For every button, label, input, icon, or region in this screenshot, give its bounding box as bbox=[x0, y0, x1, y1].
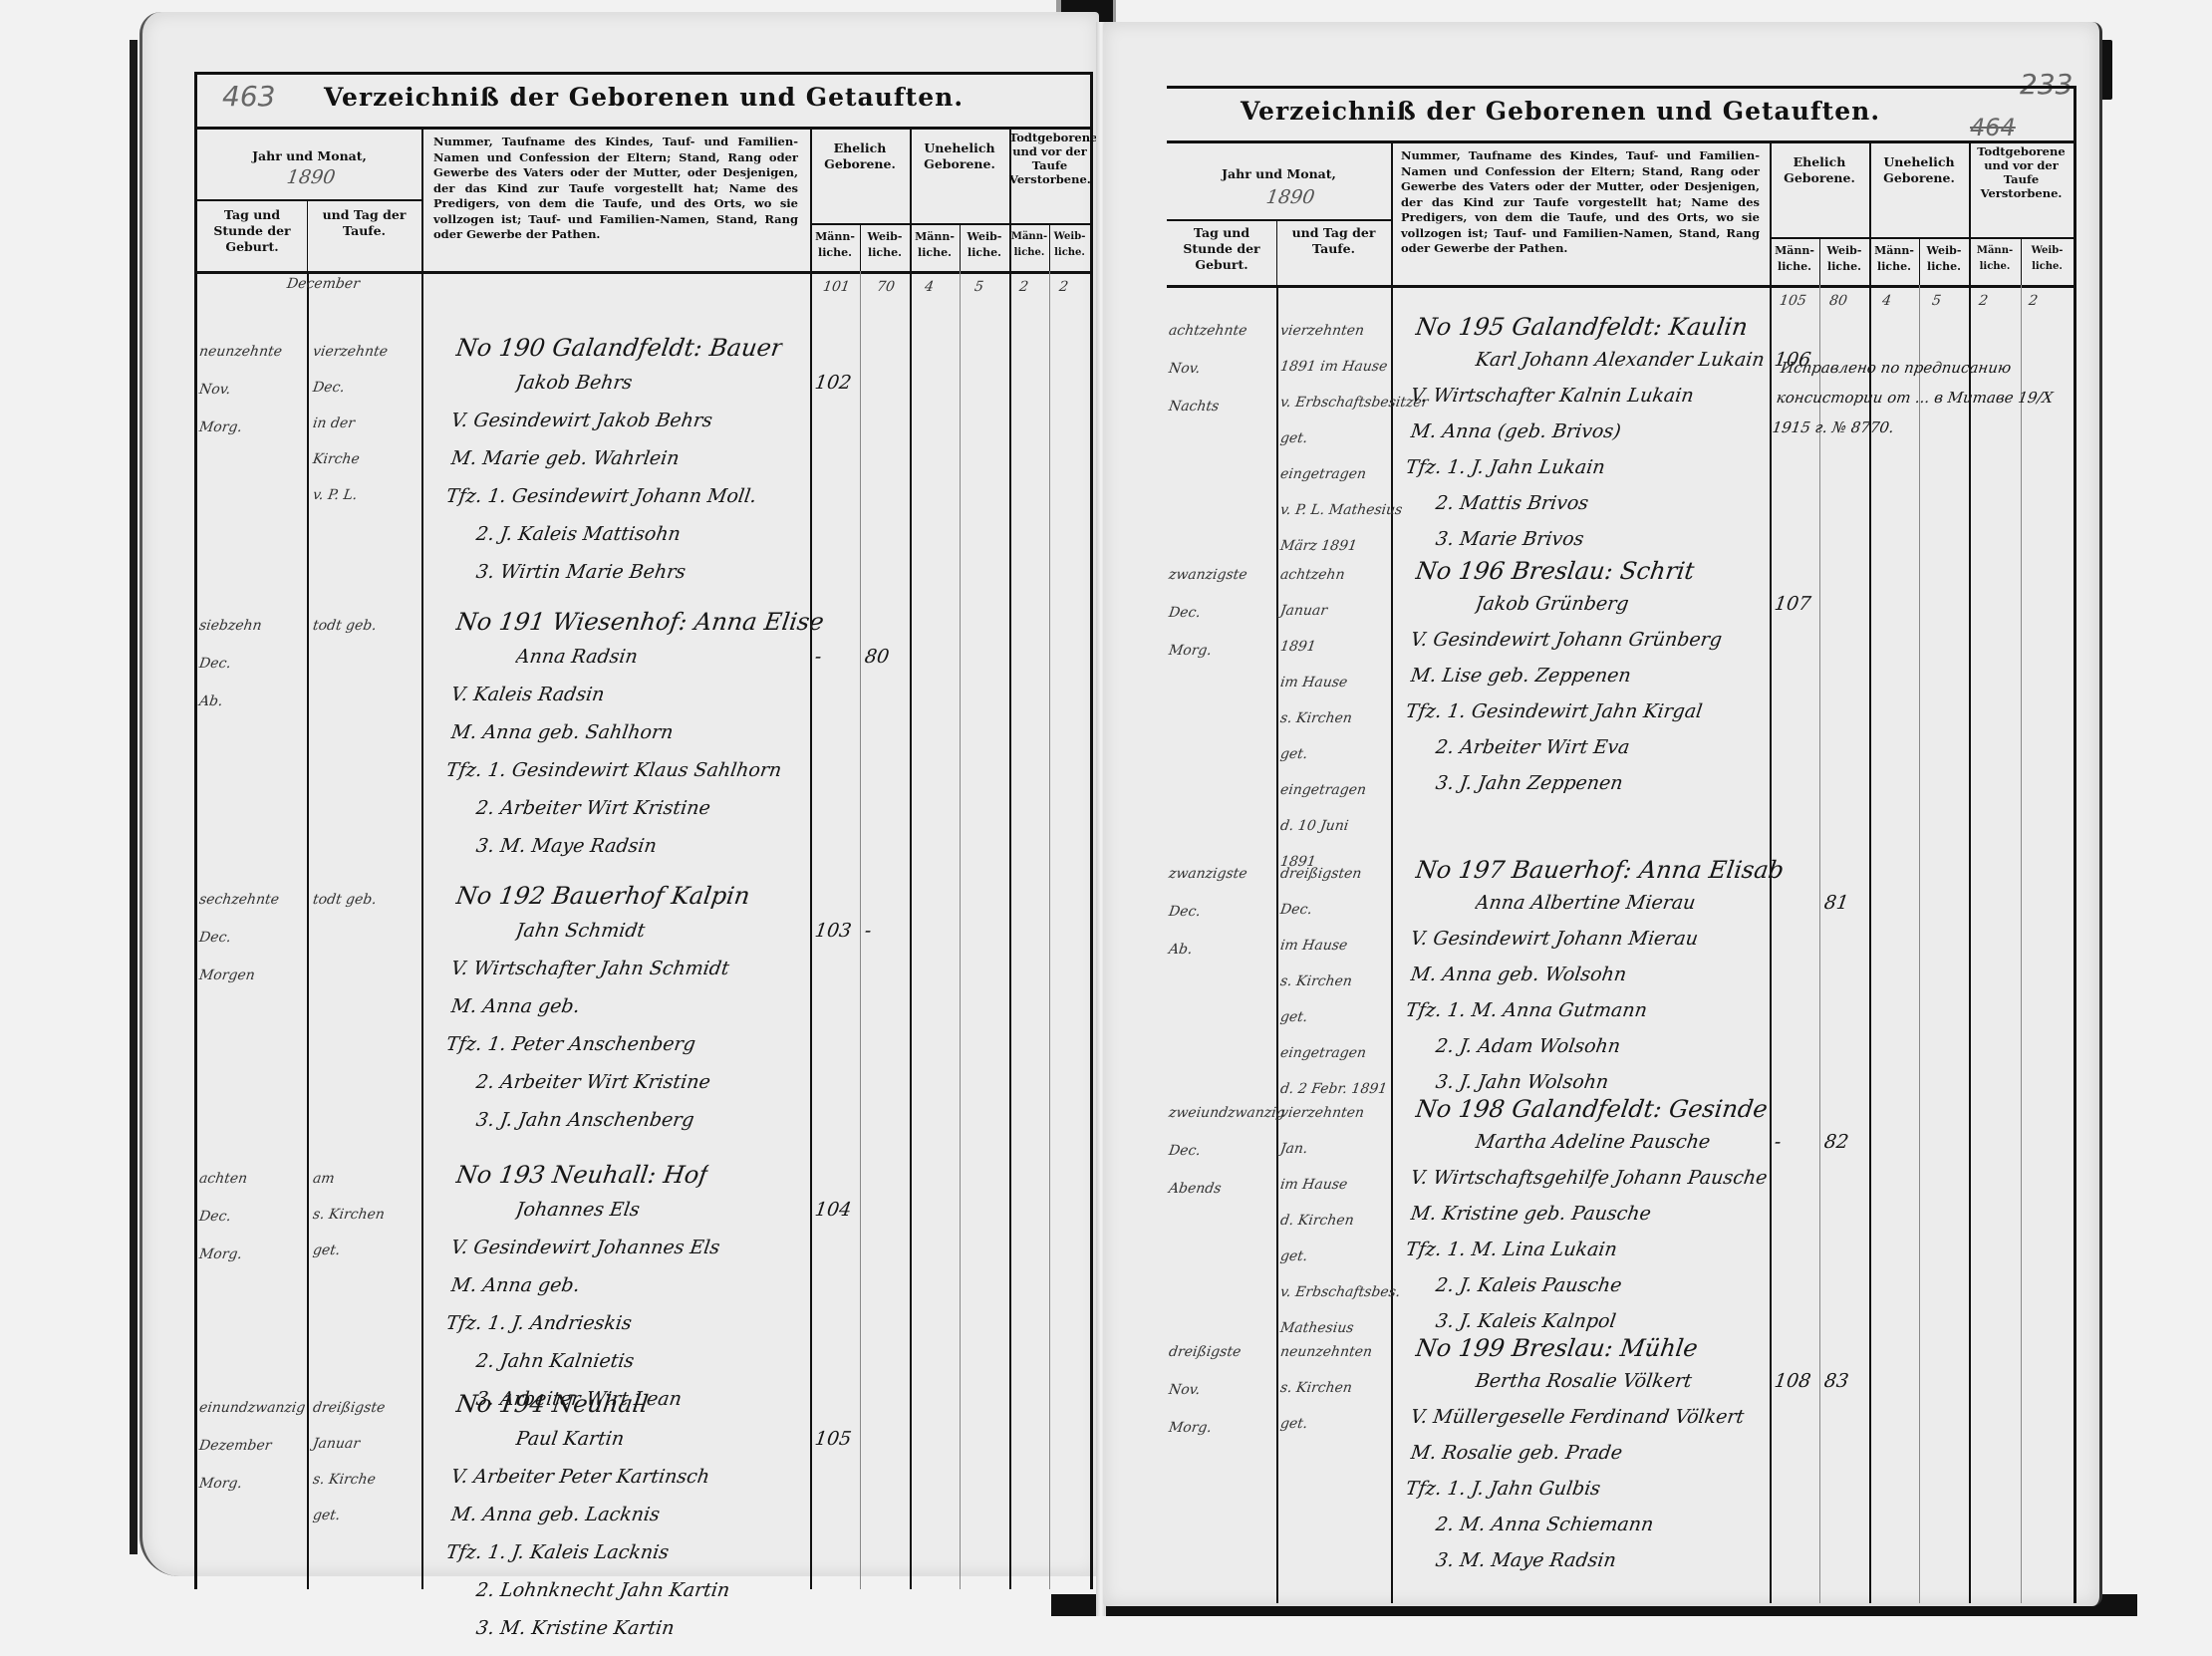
header-female: Weib-liche. bbox=[960, 225, 1009, 261]
right-page: 233 464 Verzeichniß der Geborenen und Ge… bbox=[1103, 22, 2102, 1606]
birth-date-line: siebzehn bbox=[198, 618, 263, 634]
header-birth-day-hour: Tag und Stunde der Geburt. bbox=[197, 201, 307, 255]
header-year-month: Jahr und Monat, bbox=[1167, 166, 1391, 182]
entry-number-line: No 191 Wiesenhof: Anna Elise bbox=[454, 608, 826, 636]
baptism-date-line: v. P. L. bbox=[312, 487, 359, 503]
birth-date-line: sechzehnte bbox=[198, 892, 280, 908]
header-legitimate: Ehelich Geborene. Männ-liche. Weib-liche… bbox=[1770, 140, 1871, 285]
baptism-date-line: im Hause bbox=[1279, 938, 1348, 954]
entry-detail-line: Tfz. 1. M. Anna Gutmann bbox=[1404, 999, 1648, 1021]
col-divider bbox=[307, 271, 309, 1589]
header-illegitimate: Unehelich Geborene. Männ-liche. Weib-lic… bbox=[1869, 140, 1971, 285]
header-female: Weib-liche. bbox=[860, 225, 910, 261]
baptism-date-line: Jan. bbox=[1279, 1141, 1309, 1157]
baptism-date-line: dreißigsten bbox=[1279, 866, 1363, 882]
header-female: Weib-liche. bbox=[1049, 225, 1090, 261]
birth-date-line: Nov. bbox=[1168, 361, 1202, 377]
correction-annotation: Исправлено по предписанию консистории от… bbox=[1771, 353, 2073, 442]
header-stillborn-label: Todtgeborene und vor der Taufe Verstorbe… bbox=[1009, 131, 1090, 186]
baptism-date-line: s. Kirche bbox=[312, 1472, 377, 1488]
entry-detail-line: V. Arbeiter Peter Kartinsch bbox=[449, 1466, 710, 1488]
entry-detail-line: 2. Mattis Brivos bbox=[1434, 492, 1589, 514]
entry-detail-line: 2. Arbeiter Wirt Eva bbox=[1434, 736, 1631, 758]
entry-detail-line: M. Anna (geb. Brivos) bbox=[1409, 420, 1622, 442]
baptism-date-line: v. Erbschaftsbes. bbox=[1279, 1284, 1402, 1300]
header-female: Weib-liche. bbox=[1919, 239, 1969, 275]
header-baptism-sub: und Tag der Taufe. bbox=[307, 199, 421, 271]
baptism-date-line: Mathesius bbox=[1279, 1320, 1355, 1336]
entry-detail-line: Jakob Grünberg bbox=[1474, 593, 1630, 615]
carry-over-count: 4 bbox=[1881, 293, 1892, 309]
birth-date-line: Morg. bbox=[198, 1246, 243, 1262]
birth-date-line: Dec. bbox=[198, 1209, 232, 1225]
header-birth-day-hour: Tag und Stunde der Geburt. bbox=[1167, 221, 1276, 273]
baptism-date-line: dreißigste bbox=[312, 1400, 387, 1416]
entry-detail-line: Tfz. 1. J. Andrieskis bbox=[444, 1312, 633, 1334]
entry-number-line: No 199 Breslau: Mühle bbox=[1414, 1334, 1700, 1362]
register-table: Verzeichniß der Geborenen und Getauften.… bbox=[194, 72, 1093, 1589]
birth-date-line: Nov. bbox=[198, 382, 232, 398]
birth-date-line: Abends bbox=[1168, 1181, 1223, 1197]
legit-male-count: 104 bbox=[813, 1199, 852, 1221]
header-stillborn-label: Todtgeborene und vor der Taufe Verstorbe… bbox=[1969, 144, 2074, 200]
baptism-date-line: v. Erbschaftsbesitzer bbox=[1279, 395, 1430, 411]
birth-date-line: Ab. bbox=[198, 693, 224, 709]
header-stillborn: Todtgeborene und vor der Taufe Verstorbe… bbox=[1009, 127, 1090, 271]
entry-number-line: No 190 Galandfeldt: Bauer bbox=[454, 334, 784, 362]
header-stillborn: Todtgeborene und vor der Taufe Verstorbe… bbox=[1969, 140, 2074, 285]
baptism-date-line: in der bbox=[312, 415, 356, 431]
entry-detail-line: M. Anna geb. Lacknis bbox=[449, 1504, 661, 1525]
birth-date-line: Ab. bbox=[1168, 942, 1194, 958]
title-row: Verzeichniß der Geborenen und Getauften. bbox=[197, 75, 1090, 130]
legit-male-count: 103 bbox=[813, 920, 852, 942]
baptism-date-line: vierzehnten bbox=[1279, 1105, 1365, 1121]
legit-male-count: - bbox=[813, 646, 823, 668]
baptism-date-line: eingetragen bbox=[1279, 1045, 1367, 1061]
legit-female-count: 82 bbox=[1822, 1131, 1849, 1153]
entry-detail-line: Anna Albertine Mierau bbox=[1474, 892, 1697, 914]
birth-date-line: Dec. bbox=[198, 930, 232, 946]
carry-over-count: 5 bbox=[973, 279, 984, 295]
baptism-date-line: Dec. bbox=[1279, 902, 1313, 918]
entry-detail-line: 3. J. Kaleis Kalnpol bbox=[1434, 1310, 1617, 1332]
entry-detail-line: Tfz. 1. Gesindewirt Jahn Kirgal bbox=[1404, 700, 1703, 722]
entry-detail-line: V. Wirtschafter Kalnin Lukain bbox=[1409, 385, 1695, 407]
header-details-col: Nummer, Taufname des Kindes, Tauf- und F… bbox=[421, 127, 812, 271]
header-male: Männ-liche. bbox=[810, 225, 860, 261]
carry-over-count: 70 bbox=[876, 279, 896, 295]
table-header: Jahr und Monat, 1890 Tag und Stunde der … bbox=[1167, 140, 2074, 288]
entry-detail-line: Anna Radsin bbox=[514, 646, 639, 668]
birth-date-line: neunzehnte bbox=[198, 344, 283, 360]
header-male: Männ-liche. bbox=[1969, 239, 2021, 275]
birth-date-line: Dec. bbox=[1168, 904, 1202, 920]
entry-number-line: No 197 Bauerhof: Anna Elisabeth bbox=[1414, 856, 1787, 884]
baptism-date-line: get. bbox=[1279, 1248, 1309, 1264]
birth-date-line: Morg. bbox=[198, 419, 243, 435]
entry-detail-line: Tfz. 1. Peter Anschenberg bbox=[444, 1033, 696, 1055]
baptism-date-line: d. Kirchen bbox=[1279, 1213, 1355, 1229]
baptism-date-line: Dec. bbox=[312, 380, 346, 396]
birth-date-line: achten bbox=[198, 1171, 248, 1187]
entry-detail-line: 2. Arbeiter Wirt Kristine bbox=[474, 797, 711, 819]
entry-detail-line: 2. M. Anna Schiemann bbox=[1434, 1514, 1654, 1535]
legit-male-count: 107 bbox=[1773, 593, 1811, 615]
header-baptism-day: und Tag der Taufe. bbox=[307, 201, 421, 239]
header-birth-sub: Tag und Stunde der Geburt. bbox=[197, 199, 308, 271]
entry-number-line: No 194 Neuhall bbox=[454, 1390, 650, 1418]
header-details-col: Nummer, Taufname des Kindes, Tauf- und F… bbox=[1391, 140, 1772, 285]
entry-detail-line: M. Anna geb. bbox=[449, 1274, 581, 1296]
entry-detail-line: 3. M. Maye Radsin bbox=[1434, 1549, 1617, 1571]
entry-detail-line: 2. Arbeiter Wirt Kristine bbox=[474, 1071, 711, 1093]
birth-date-line: Nachts bbox=[1168, 399, 1221, 414]
birth-date-line: Dec. bbox=[198, 656, 232, 672]
baptism-date-line: März 1891 bbox=[1279, 538, 1358, 554]
baptism-date-line: eingetragen bbox=[1279, 782, 1367, 798]
register-table: Verzeichniß der Geborenen und Getauften.… bbox=[1167, 86, 2076, 1603]
baptism-date-line: vierzehnten bbox=[1279, 323, 1365, 339]
entry-detail-line: Karl Johann Alexander Lukain bbox=[1474, 349, 1766, 371]
entry-detail-line: 3. Marie Brivos bbox=[1434, 528, 1585, 550]
entry-detail-line: Tfz. 1. Gesindewirt Klaus Sahlhorn bbox=[444, 759, 782, 781]
header-date-col: Jahr und Monat, 1890 Tag und Stunde der … bbox=[1167, 140, 1393, 285]
entry-detail-line: M. Rosalie geb. Prade bbox=[1409, 1442, 1623, 1464]
entry-number-line: No 196 Breslau: Schrit bbox=[1414, 557, 1696, 585]
baptism-date-line: get. bbox=[312, 1242, 342, 1258]
entry-detail-line: Tfz. 1. Gesindewirt Johann Moll. bbox=[444, 485, 757, 507]
entry-detail-line: 3. J. Jahn Zeppenen bbox=[1434, 772, 1624, 794]
baptism-date-line: eingetragen bbox=[1279, 466, 1367, 482]
birth-date-line: Morg. bbox=[1168, 643, 1213, 659]
header-female: Weib-liche. bbox=[2021, 239, 2074, 275]
header-date-col: Jahr und Monat, 1890 Tag und Stunde der … bbox=[197, 127, 423, 271]
header-illegitimate: Unehelich Geborene. Männ-liche. Weib-lic… bbox=[910, 127, 1011, 271]
birth-date-line: Dec. bbox=[1168, 605, 1202, 621]
birth-date-line: zweiundzwanzig bbox=[1168, 1105, 1286, 1121]
legit-female-count: 80 bbox=[863, 646, 890, 668]
page-title: Verzeichniß der Geborenen und Getauften. bbox=[197, 83, 1090, 112]
baptism-date-line: d. 2 Febr. 1891 bbox=[1279, 1081, 1388, 1097]
baptism-date-line: im Hause bbox=[1279, 675, 1348, 690]
birth-date-line: achtzehnte bbox=[1168, 323, 1248, 339]
legit-male-count: 105 bbox=[813, 1428, 852, 1450]
table-header: Jahr und Monat, 1890 Tag und Stunde der … bbox=[197, 127, 1090, 274]
baptism-date-line: Januar bbox=[312, 1436, 361, 1452]
birth-date-line: einundzwanzig bbox=[198, 1400, 307, 1416]
carry-over-count: 2 bbox=[1058, 279, 1069, 295]
header-year-value: 1890 bbox=[1264, 186, 1315, 208]
birth-date-line: Dec. bbox=[1168, 1143, 1202, 1159]
birth-date-line: Morg. bbox=[1168, 1420, 1213, 1436]
birth-date-line: Nov. bbox=[1168, 1382, 1202, 1398]
entry-detail-line: 2. J. Kaleis Pausche bbox=[1434, 1274, 1623, 1296]
entry-number-line: No 193 Neuhall: Hof bbox=[454, 1161, 709, 1189]
entry-detail-line: V. Kaleis Radsin bbox=[449, 684, 606, 705]
header-female: Weib-liche. bbox=[1819, 239, 1869, 275]
header-illegitimate-label: Unehelich Geborene. bbox=[1869, 154, 1969, 186]
baptism-date-line: get. bbox=[1279, 1009, 1309, 1025]
entry-detail-line: Tfz. 1. J. Jahn Lukain bbox=[1404, 456, 1606, 478]
entry-detail-line: Tfz. 1. M. Lina Lukain bbox=[1404, 1239, 1618, 1260]
entry-detail-line: V. Gesindewirt Johann Grünberg bbox=[1409, 629, 1723, 651]
entry-detail-line: 3. J. Jahn Wolsohn bbox=[1434, 1071, 1609, 1093]
carry-over-count: 80 bbox=[1828, 293, 1848, 309]
header-year-value: 1890 bbox=[285, 166, 336, 188]
header-male: Männ-liche. bbox=[1869, 239, 1919, 275]
birth-date-line: Dezember bbox=[198, 1438, 273, 1454]
baptism-date-line: 1891 im Hause bbox=[1279, 359, 1389, 375]
page-title: Verzeichniß der Geborenen und Getauften. bbox=[1167, 97, 1954, 126]
legit-female-count: 81 bbox=[1822, 892, 1849, 914]
entry-detail-line: Tfz. 1. J. Jahn Gulbis bbox=[1404, 1478, 1601, 1500]
header-details: Nummer, Taufname des Kindes, Tauf- und F… bbox=[421, 127, 810, 251]
entry-detail-line: Johannes Els bbox=[514, 1199, 641, 1221]
legit-female-count: - bbox=[863, 920, 873, 942]
entry-detail-line: Martha Adeline Pausche bbox=[1474, 1131, 1711, 1153]
header-male: Männ-liche. bbox=[1009, 225, 1049, 261]
header-details: Nummer, Taufname des Kindes, Tauf- und F… bbox=[1391, 140, 1770, 265]
carry-over-count: 105 bbox=[1779, 293, 1807, 309]
entry-detail-line: Jakob Behrs bbox=[514, 372, 633, 394]
birth-date-line: Morgen bbox=[198, 967, 256, 983]
baptism-date-line: Kirche bbox=[312, 451, 361, 467]
header-baptism-day: und Tag der Taufe. bbox=[1276, 221, 1391, 257]
entry-detail-line: M. Kristine geb. Pausche bbox=[1409, 1203, 1652, 1225]
entry-detail-line: M. Anna geb. Wolsohn bbox=[1409, 964, 1627, 985]
entry-detail-line: V. Wirtschaftsgehilfe Johann Pausche bbox=[1409, 1167, 1769, 1189]
entry-detail-line: V. Wirtschafter Jahn Schmidt bbox=[449, 958, 730, 979]
entry-number-line: No 195 Galandfeldt: Kaulin bbox=[1414, 313, 1750, 341]
entry-detail-line: 2. J. Kaleis Mattisohn bbox=[474, 523, 682, 545]
header-legitimate-label: Ehelich Geborene. bbox=[810, 140, 910, 172]
header-legitimate: Ehelich Geborene. Männ-liche. Weib-liche… bbox=[810, 127, 912, 271]
baptism-date-line: 1891 bbox=[1279, 639, 1317, 655]
header-male: Männ-liche. bbox=[910, 225, 960, 261]
entry-detail-line: M. Anna geb. Sahlhorn bbox=[449, 721, 674, 743]
header-male: Männ-liche. bbox=[1770, 239, 1819, 275]
legit-male-count: 102 bbox=[813, 372, 852, 394]
entry-detail-line: M. Marie geb. Wahrlein bbox=[449, 447, 681, 469]
header-year-month: Jahr und Monat, bbox=[197, 148, 421, 164]
entry-detail-line: 3. M. Kristine Kartin bbox=[474, 1617, 676, 1639]
header-legitimate-label: Ehelich Geborene. bbox=[1770, 154, 1869, 186]
month-label: December bbox=[286, 276, 361, 292]
entry-detail-line: Paul Kartin bbox=[514, 1428, 625, 1450]
header-illegitimate-label: Unehelich Geborene. bbox=[910, 140, 1009, 172]
baptism-date-line: s. Kirchen bbox=[1279, 973, 1353, 989]
baptism-date-line: get. bbox=[1279, 1416, 1309, 1432]
birth-date-line: Morg. bbox=[198, 1476, 243, 1492]
carry-over-count: 4 bbox=[924, 279, 935, 295]
baptism-date-line: get. bbox=[1279, 746, 1309, 762]
book-cover-edge-left bbox=[130, 40, 138, 1554]
baptism-date-line: Januar bbox=[1279, 603, 1328, 619]
entry-detail-line: V. Gesindewirt Jakob Behrs bbox=[449, 410, 713, 431]
baptism-date-line: d. 10 Juni bbox=[1279, 818, 1349, 834]
entry-detail-line: 3. J. Jahn Anschenberg bbox=[474, 1109, 695, 1131]
baptism-date-line: v. P. L. Mathesius bbox=[1279, 502, 1404, 518]
baptism-date-line: vierzehnte bbox=[312, 344, 389, 360]
carry-over-count: 5 bbox=[1931, 293, 1942, 309]
baptism-date-line: get. bbox=[1279, 430, 1309, 446]
baptism-date-line: neunzehnten bbox=[1279, 1344, 1373, 1360]
carry-over-count: 101 bbox=[822, 279, 851, 295]
left-page: 463 Verzeichniß der Geborenen und Getauf… bbox=[139, 12, 1099, 1576]
entry-detail-line: 3. Wirtin Marie Behrs bbox=[474, 561, 687, 583]
legit-male-count: 108 bbox=[1773, 1370, 1811, 1392]
legit-male-count: - bbox=[1773, 1131, 1783, 1153]
entry-detail-line: 2. J. Adam Wolsohn bbox=[1434, 1035, 1621, 1057]
birth-date-line: zwanzigste bbox=[1168, 567, 1248, 583]
title-row: Verzeichniß der Geborenen und Getauften. bbox=[1167, 89, 2074, 143]
entry-detail-line: V. Gesindewirt Johannes Els bbox=[449, 1237, 720, 1258]
baptism-date-line: am bbox=[312, 1171, 336, 1187]
entry-detail-line: Jahn Schmidt bbox=[514, 920, 646, 942]
baptism-date-line: get. bbox=[312, 1508, 342, 1523]
baptism-date-line: s. Kirchen bbox=[312, 1207, 386, 1223]
entry-detail-line: 2. Jahn Kalnietis bbox=[474, 1350, 635, 1372]
baptism-date-line: todt geb. bbox=[312, 618, 378, 634]
entry-detail-line: V. Müllergeselle Ferdinand Völkert bbox=[1409, 1406, 1745, 1428]
entry-detail-line: 3. M. Maye Radsin bbox=[474, 835, 658, 857]
entry-detail-line: M. Anna geb. bbox=[449, 995, 581, 1017]
entry-detail-line: Tfz. 1. J. Kaleis Lacknis bbox=[444, 1541, 670, 1563]
entry-number-line: No 192 Bauerhof Kalpin bbox=[454, 882, 751, 910]
baptism-date-line: im Hause bbox=[1279, 1177, 1348, 1193]
birth-date-line: dreißigste bbox=[1168, 1344, 1243, 1360]
entry-number-line: No 198 Galandfeldt: Gesinde bbox=[1414, 1095, 1770, 1123]
legit-female-count: 83 bbox=[1822, 1370, 1849, 1392]
entry-detail-line: V. Gesindewirt Johann Mierau bbox=[1409, 928, 1699, 950]
entry-detail-line: 2. Lohnknecht Jahn Kartin bbox=[474, 1579, 730, 1601]
baptism-date-line: achtzehn bbox=[1279, 567, 1346, 583]
birth-date-line: zwanzigste bbox=[1168, 866, 1248, 882]
carry-over-count: 2 bbox=[2028, 293, 2039, 309]
entry-detail-line: Bertha Rosalie Völkert bbox=[1474, 1370, 1693, 1392]
carry-over-count: 2 bbox=[1018, 279, 1029, 295]
baptism-date-line: s. Kirchen bbox=[1279, 710, 1353, 726]
baptism-date-line: todt geb. bbox=[312, 892, 378, 908]
entry-detail-line: M. Lise geb. Zeppenen bbox=[1409, 665, 1632, 687]
carry-over-count: 2 bbox=[1978, 293, 1989, 309]
baptism-date-line: s. Kirchen bbox=[1279, 1380, 1353, 1396]
